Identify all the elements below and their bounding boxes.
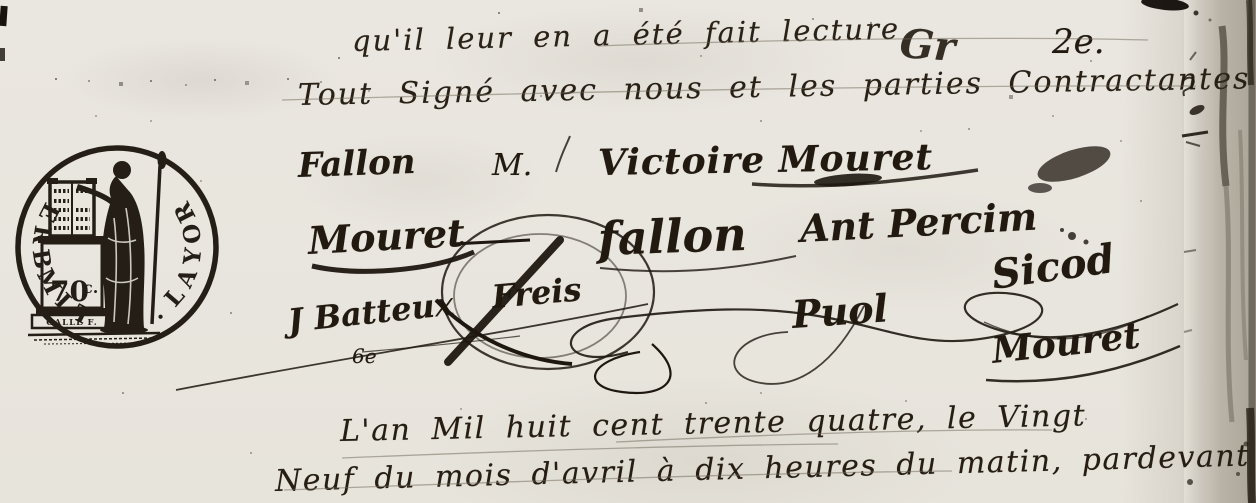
stamp-denomination-unit: c. [83, 278, 98, 297]
left-edge-ink-mark [0, 6, 8, 26]
line-lecture: qu'il leur en a été fait lecture [352, 12, 901, 58]
register-page: TIMBRE ROYAL. 70 c. GALLE F. [0, 0, 1256, 503]
signature-puol: Puol [790, 285, 889, 337]
signature-mouret-1: Mouret [307, 210, 466, 263]
signature-batteux-mark: 6e [352, 344, 377, 368]
signature-initial-m: M. [492, 148, 532, 183]
signature-fallon-1: Fallon [297, 142, 416, 186]
svg-text:.: . [147, 298, 168, 325]
signature-ant-percim: Ant Percim [799, 194, 1038, 251]
signature-sicod: Sicod [989, 235, 1117, 299]
signature-j-batteux: J Batteux [286, 285, 455, 340]
signature-victoire-mouret: Victoire Mouret [598, 136, 934, 184]
svg-text:Y: Y [178, 246, 207, 267]
paper-speckles [0, 0, 2, 2]
line-lecture-paraph: Gr [898, 20, 956, 71]
line-date-1: L'an Mil huit cent trente quatre, le Vin… [340, 398, 1087, 449]
signature-fallon-2: fallon [597, 207, 747, 266]
signature-freis: Freis [490, 270, 583, 316]
svg-text:R: R [168, 197, 201, 227]
line-signe: Tout Signé avec nous et les parties Cont… [298, 61, 1251, 113]
timbre-royal-stamp: TIMBRE ROYAL. 70 c. GALLE F. [10, 138, 224, 356]
stamp-engraver-text: GALLE F. [46, 318, 97, 328]
line-date-2: Neuf du mois d'avril à dix heures du mat… [275, 438, 1251, 499]
line-lecture-note: 2e. [1052, 22, 1105, 62]
left-edge-ink-mark [0, 48, 5, 61]
